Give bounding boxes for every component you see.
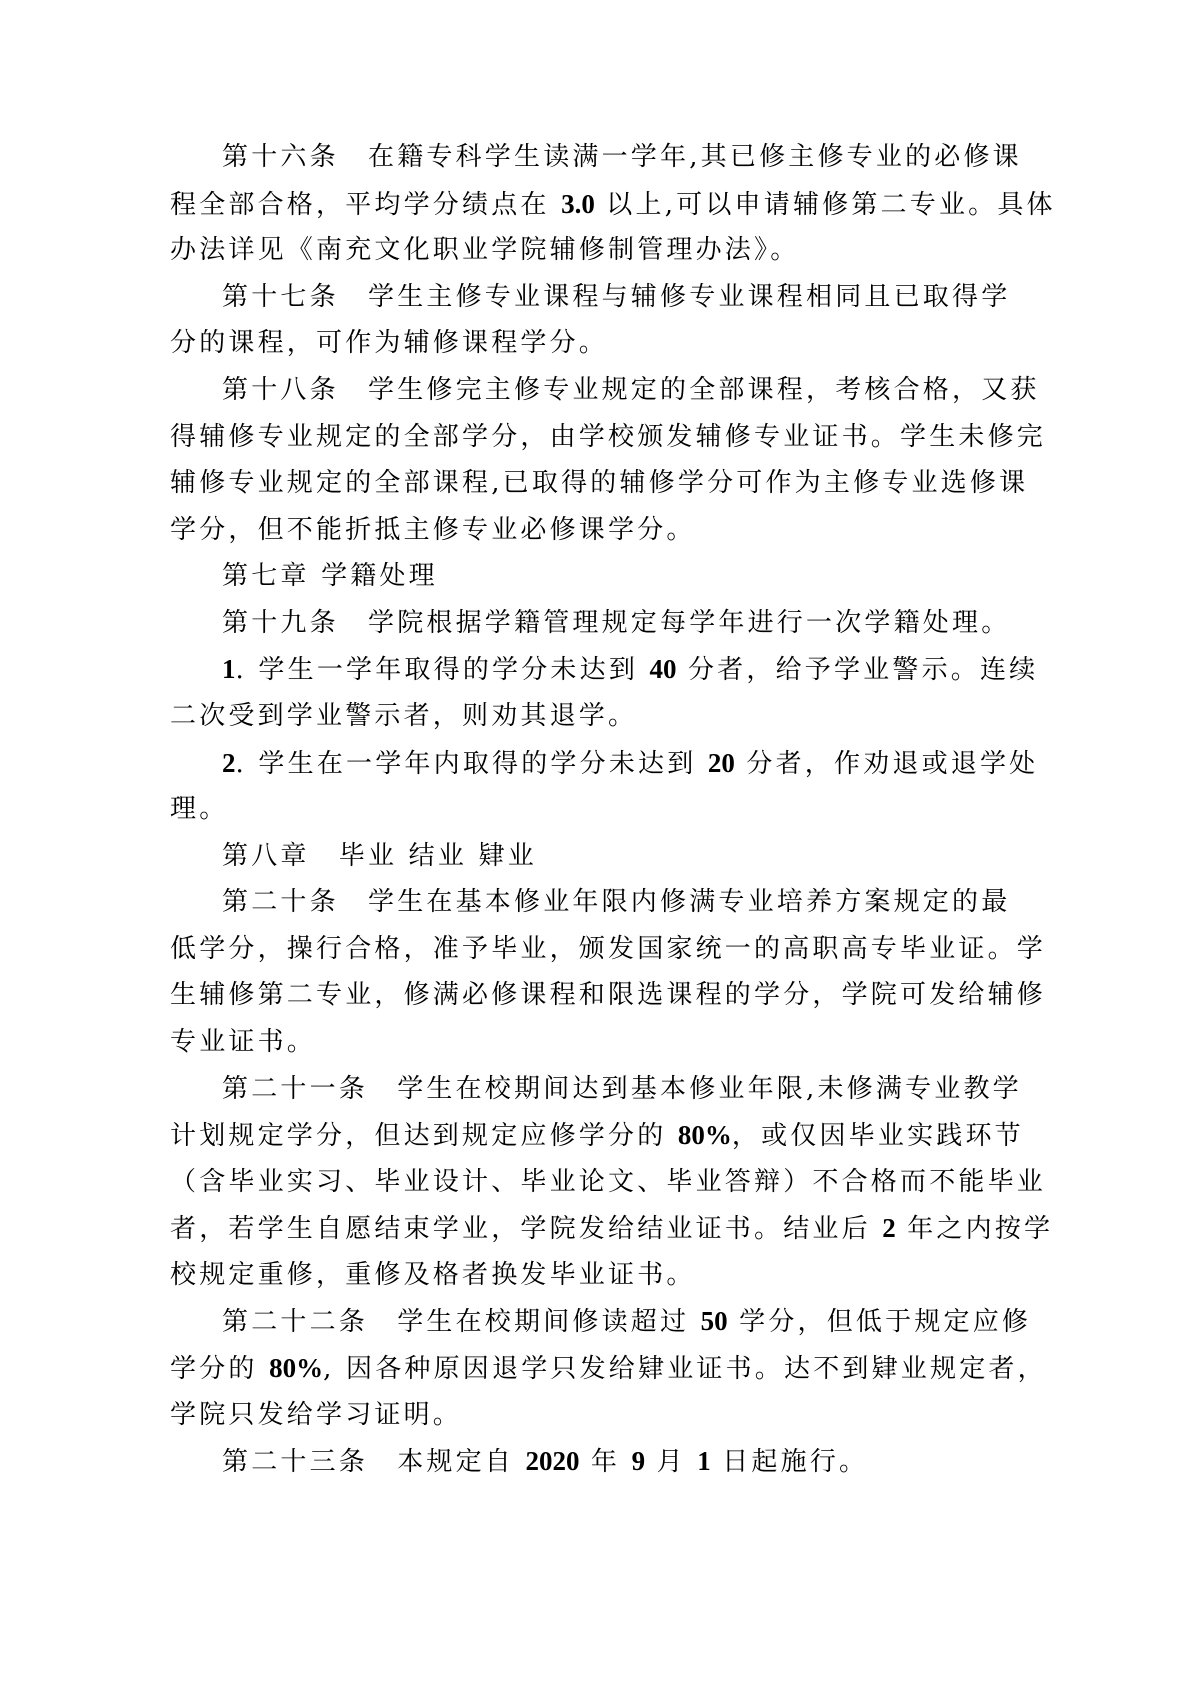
- text-run: 生辅修第二专业，修满必修课程和限选课程的学分，学院可发给辅修: [170, 980, 1046, 1010]
- text-run: 第七章 学籍处理: [222, 561, 438, 591]
- text-run: （含毕业实习、毕业设计、毕业论文、毕业答辩）不合格而不能毕业: [170, 1167, 1046, 1197]
- text-line: 专业证书。: [170, 1026, 316, 1058]
- document-page: 第十六条 在籍专科学生读满一学年,其已修主修专业的必修课程全部合格，平均学分绩点…: [0, 0, 1191, 1684]
- text-line: 理。: [170, 793, 228, 825]
- text-line: 学分，但不能折抵主修专业必修课学分。: [170, 514, 696, 546]
- text-run: 分的课程，可作为辅修课程学分。: [170, 328, 608, 358]
- text-line: 程全部合格，平均学分绩点在 3.0 以上,可以申请辅修第二专业。具体: [170, 188, 1056, 221]
- text-run: 第十八条 学生修完主修专业规定的全部课程，考核合格，又获: [222, 375, 1040, 405]
- text-run: 第二十二条 学生在校期间修读超过: [222, 1307, 701, 1337]
- text-line: 计划规定学分，但达到规定应修学分的 80%，或仅因毕业实践环节: [170, 1119, 1024, 1152]
- bold-number: 2: [882, 1213, 896, 1243]
- bold-number: 40: [650, 654, 677, 684]
- text-line: 第二十条 学生在基本修业年限内修满专业培养方案规定的最: [222, 886, 1010, 918]
- text-line: 者，若学生自愿结束学业，学院发给结业证书。结业后 2 年之内按学: [170, 1212, 1053, 1245]
- bold-number: 2020: [525, 1446, 579, 1476]
- text-run: 学院只发给学习证明。: [170, 1400, 462, 1430]
- text-line: 第十九条 学院根据学籍管理规定每学年进行一次学籍处理。: [222, 607, 1010, 639]
- text-line: 第七章 学籍处理: [222, 560, 438, 592]
- text-line: 2. 学生在一学年内取得的学分未达到 20 分者，作劝退或退学处: [222, 747, 1038, 780]
- bold-number: 80%: [269, 1353, 323, 1383]
- text-line: 校规定重修，重修及格者换发毕业证书。: [170, 1259, 696, 1291]
- text-line: 第二十一条 学生在校期间达到基本修业年限,未修满专业教学: [222, 1073, 1022, 1105]
- text-run: 年: [579, 1447, 631, 1477]
- bold-number: 3.0: [561, 189, 595, 219]
- text-line: 办法详见《南充文化职业学院辅修制管理办法》。: [170, 234, 799, 266]
- text-run: 学分，但低于规定应修: [728, 1307, 1031, 1337]
- text-run: 第十七条 学生主修专业课程与辅修专业课程相同且已取得学: [222, 282, 1010, 312]
- text-run: 月: [645, 1447, 697, 1477]
- text-run: 学分的: [170, 1354, 269, 1384]
- text-run: 年之内按学: [896, 1214, 1053, 1244]
- bold-number: 50: [701, 1306, 728, 1336]
- text-line: （含毕业实习、毕业设计、毕业论文、毕业答辩）不合格而不能毕业: [170, 1166, 1046, 1198]
- text-run: 第二十条 学生在基本修业年限内修满专业培养方案规定的最: [222, 887, 1010, 917]
- text-line: 二次受到学业警示者，则劝其退学。: [170, 700, 637, 732]
- text-run: 专业证书。: [170, 1027, 316, 1057]
- text-run: 办法详见《南充文化职业学院辅修制管理办法》。: [170, 235, 799, 265]
- bold-number: 1: [222, 654, 236, 684]
- text-line: 第十六条 在籍专科学生读满一学年,其已修主修专业的必修课: [222, 141, 1022, 173]
- text-run: 第八章 毕业 结业 肄业: [222, 841, 537, 871]
- text-run: 理。: [170, 794, 228, 824]
- text-line: 辅修专业规定的全部课程,已取得的辅修学分可作为主修专业选修课: [170, 467, 1028, 499]
- bold-number: 20: [708, 748, 735, 778]
- text-line: 第十七条 学生主修专业课程与辅修专业课程相同且已取得学: [222, 281, 1010, 313]
- text-run: 辅修专业规定的全部课程,已取得的辅修学分可作为主修专业选修课: [170, 468, 1028, 498]
- text-line: 得辅修专业规定的全部学分，由学校颁发辅修专业证书。学生未修完: [170, 421, 1046, 453]
- text-run: 二次受到学业警示者，则劝其退学。: [170, 701, 637, 731]
- text-line: 学院只发给学习证明。: [170, 1399, 462, 1431]
- text-run: 第二十一条 学生在校期间达到基本修业年限,未修满专业教学: [222, 1074, 1022, 1104]
- text-line: 分的课程，可作为辅修课程学分。: [170, 327, 608, 359]
- text-run: 分者，给予学业警示。连续: [677, 655, 1039, 685]
- text-line: 第八章 毕业 结业 肄业: [222, 840, 537, 872]
- text-run: 学分，但不能折抵主修专业必修课学分。: [170, 515, 696, 545]
- text-run: ，或仅因毕业实践环节: [732, 1121, 1024, 1151]
- bold-number: 80%: [678, 1120, 732, 1150]
- text-run: 程全部合格，平均学分绩点在: [170, 190, 561, 220]
- text-line: 低学分，操行合格，准予毕业，颁发国家统一的高职高专毕业证。学: [170, 933, 1046, 965]
- text-run: 日起施行。: [711, 1447, 868, 1477]
- text-run: 校规定重修，重修及格者换发毕业证书。: [170, 1260, 696, 1290]
- bold-number: 9: [632, 1446, 646, 1476]
- text-run: 第二十三条 本规定自: [222, 1447, 525, 1477]
- text-run: 得辅修专业规定的全部学分，由学校颁发辅修专业证书。学生未修完: [170, 422, 1046, 452]
- text-line: 第二十二条 学生在校期间修读超过 50 学分，但低于规定应修: [222, 1305, 1031, 1338]
- text-line: 生辅修第二专业，修满必修课程和限选课程的学分，学院可发给辅修: [170, 979, 1046, 1011]
- bold-number: 2: [222, 748, 236, 778]
- text-line: 1. 学生一学年取得的学分未达到 40 分者，给予学业警示。连续: [222, 653, 1038, 686]
- bold-number: 1: [697, 1446, 711, 1476]
- text-run: 低学分，操行合格，准予毕业，颁发国家统一的高职高专毕业证。学: [170, 934, 1046, 964]
- text-run: . 学生在一学年内取得的学分未达到: [236, 749, 708, 779]
- text-line: 第二十三条 本规定自 2020 年 9 月 1 日起施行。: [222, 1445, 868, 1478]
- text-line: 第十八条 学生修完主修专业规定的全部课程，考核合格，又获: [222, 374, 1040, 406]
- text-run: . 学生一学年取得的学分未达到: [236, 655, 650, 685]
- text-run: 计划规定学分，但达到规定应修学分的: [170, 1121, 678, 1151]
- text-run: 分者，作劝退或退学处: [735, 749, 1038, 779]
- text-run: , 因各种原因退学只发给肄业证书。达不到肄业规定者，: [323, 1354, 1047, 1384]
- text-run: 第十九条 学院根据学籍管理规定每学年进行一次学籍处理。: [222, 608, 1010, 638]
- text-line: 学分的 80%, 因各种原因退学只发给肄业证书。达不到肄业规定者，: [170, 1352, 1047, 1385]
- text-run: 者，若学生自愿结束学业，学院发给结业证书。结业后: [170, 1214, 882, 1244]
- text-run: 以上,可以申请辅修第二专业。具体: [595, 190, 1056, 220]
- text-run: 第十六条 在籍专科学生读满一学年,其已修主修专业的必修课: [222, 142, 1022, 172]
